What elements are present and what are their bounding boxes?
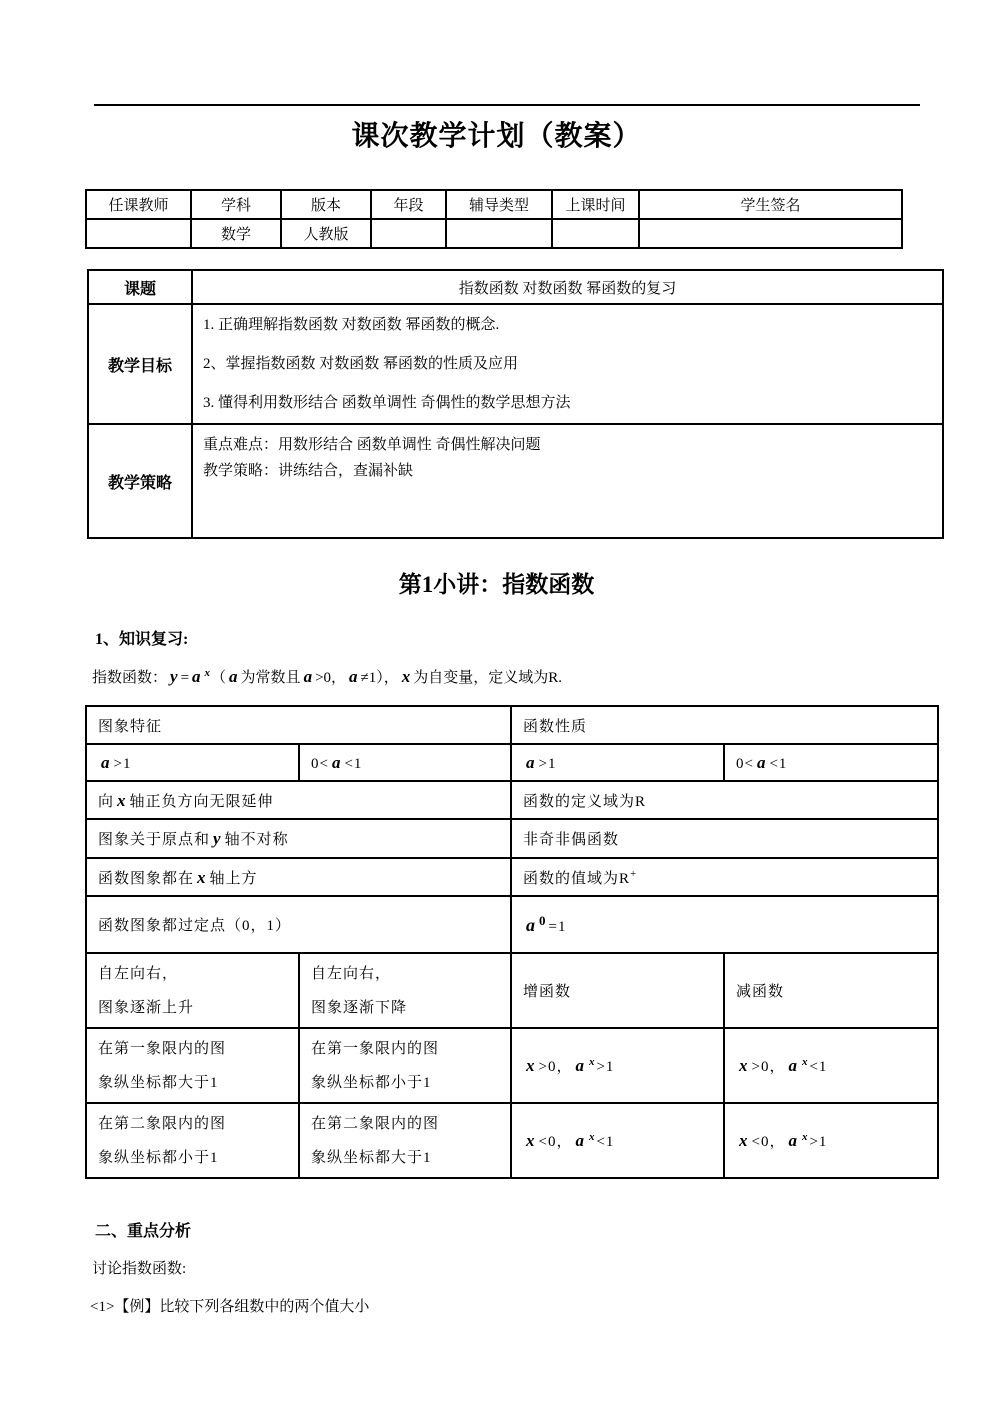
strategy-line: 重点难点：用数形结合 函数单调性 奇偶性解决问题	[193, 425, 942, 458]
topic-row: 课题 指数函数 对数函数 幂函数的复习	[88, 270, 943, 304]
math-x: x	[197, 868, 207, 887]
header-tutoring-type: 辅导类型	[446, 190, 552, 219]
fixed-point-row: 函数图象都过定点（0，1） a0=1	[86, 896, 938, 953]
extension-row: 向x轴正负方向无限延伸 函数的定义域为R	[86, 781, 938, 819]
info-header-row: 任课教师 学科 版本 年段 辅导类型 上课时间 学生签名	[86, 190, 902, 219]
math-exponent-x: x	[802, 1056, 809, 1068]
math-exponent-x: x	[205, 667, 211, 679]
falling-graph-cell: 自左向右， 图象逐渐下降	[299, 953, 511, 1028]
case-a-gt-1-right: a>1	[511, 744, 724, 781]
value-student-signature	[639, 219, 902, 248]
document-title: 课次教学计划（教案）	[0, 114, 993, 154]
case-0-lt-a-lt-1-left: 0<a<1	[299, 744, 511, 781]
strategy-label: 教学策略	[88, 424, 192, 538]
math-a: a	[101, 753, 111, 772]
neq-one-condition: ≠1），	[361, 670, 399, 686]
q2-gt-1-cell: 在第二象限内的图 象纵坐标都大于1	[299, 1103, 511, 1178]
function-properties-header: 函数性质	[511, 706, 938, 744]
value-class-time	[552, 219, 639, 248]
header-edition: 版本	[281, 190, 371, 219]
header-student-signature: 学生签名	[639, 190, 902, 219]
value-edition: 人教版	[281, 219, 371, 248]
monotonicity-row: 自左向右， 图象逐渐上升 自左向右， 图象逐渐下降 增函数 减函数	[86, 953, 938, 1028]
first-quadrant-row: 在第一象限内的图 象纵坐标都大于1 在第一象限内的图 象纵坐标都小于1 x>0，…	[86, 1028, 938, 1103]
x-gt-0-ax-gt-1-cell: x>0，ax>1	[511, 1028, 724, 1103]
math-exponent-x: x	[589, 1131, 596, 1143]
math-x: x	[526, 1056, 536, 1075]
review-heading: 1、知识复习:	[95, 626, 188, 649]
math-x: x	[117, 791, 127, 810]
document-page: 课次教学计划（教案） 任课教师 学科 版本 年段 辅导类型 上课时间 学生签名 …	[0, 0, 993, 1404]
graph-features-header: 图象特征	[86, 706, 511, 744]
equals-sign: =	[181, 670, 189, 686]
math-exponent-x: x	[589, 1056, 596, 1068]
rising-graph-cell: 自左向右， 图象逐渐上升	[86, 953, 299, 1028]
topic-label: 课题	[88, 270, 192, 304]
discuss-line: 讨论指数函数:	[92, 1257, 186, 1278]
plus-superscript: +	[630, 868, 637, 880]
parity-cell: 非奇非偶函数	[511, 819, 938, 858]
value-tutoring-type	[446, 219, 552, 248]
lecture-title: 第1小讲：指数函数	[0, 566, 993, 599]
q1-lt-1-cell: 在第一象限内的图 象纵坐标都小于1	[299, 1028, 511, 1103]
math-a: a	[575, 1056, 585, 1075]
definition-tail: 为自变量，定义域为R.	[413, 670, 562, 686]
constant-condition: 为常数且	[241, 670, 301, 686]
value-teacher	[86, 219, 191, 248]
lesson-plan-table: 课题 指数函数 对数函数 幂函数的复习 教学目标 1. 正确理解指数函数 对数函…	[87, 269, 944, 539]
header-class-time: 上课时间	[552, 190, 639, 219]
strategy-row: 教学策略 重点难点：用数形结合 函数单调性 奇偶性解决问题 教学策略：讲练结合，…	[88, 424, 943, 538]
gt-zero-condition: >0，	[315, 670, 346, 686]
open-paren: （	[211, 670, 226, 686]
math-y: y	[213, 829, 222, 848]
math-exponent-x: x	[802, 1131, 809, 1143]
math-a: a	[304, 667, 313, 686]
header-teacher: 任课教师	[86, 190, 191, 219]
value-subject: 数学	[191, 219, 281, 248]
case-a-gt-1-left: a>1	[86, 744, 299, 781]
math-y: y	[170, 667, 178, 686]
example-line: <1>【例】比较下列各组数中的两个值大小	[90, 1295, 369, 1316]
analysis-heading: 二、重点分析	[95, 1218, 191, 1241]
exponential-function-definition: 指数函数：y=ax（a为常数且a>0，a≠1），x为自变量，定义域为R.	[92, 666, 562, 687]
zero-superscript: 0	[539, 913, 547, 928]
math-a: a	[575, 1131, 585, 1150]
x-axis-extension: 向x轴正负方向无限延伸	[86, 781, 511, 819]
case-0-lt-a-lt-1-right: 0<a<1	[724, 744, 938, 781]
x-lt-0-ax-lt-1-cell: x<0，ax<1	[511, 1103, 724, 1178]
strategy-line: 教学策略：讲练结合，查漏补缺	[193, 458, 942, 484]
math-x: x	[739, 1056, 749, 1075]
strategy-content: 重点难点：用数形结合 函数单调性 奇偶性解决问题 教学策略：讲练结合，查漏补缺	[192, 424, 943, 538]
math-a: a	[788, 1056, 798, 1075]
header-grade: 年段	[371, 190, 446, 219]
range-cell: 函数的值域为R+	[511, 858, 938, 896]
math-a: a	[349, 667, 358, 686]
case-row: a>1 0<a<1 a>1 0<a<1	[86, 744, 938, 781]
domain-cell: 函数的定义域为R	[511, 781, 938, 819]
goal-item: 2、掌握指数函数 对数函数 幂函数的性质及应用	[193, 345, 942, 384]
header-rule	[94, 104, 920, 106]
math-a: a	[192, 667, 201, 686]
math-a: a	[229, 667, 238, 686]
decreasing-function-cell: 减函数	[724, 953, 938, 1028]
q1-gt-1-cell: 在第一象限内的图 象纵坐标都大于1	[86, 1028, 299, 1103]
fixed-point-cell: 函数图象都过定点（0，1）	[86, 896, 511, 953]
goals-content: 1. 正确理解指数函数 对数函数 幂函数的概念. 2、掌握指数函数 对数函数 幂…	[192, 304, 943, 424]
info-value-row: 数学 人教版	[86, 219, 902, 248]
goals-label: 教学目标	[88, 304, 192, 424]
teacher-info-table: 任课教师 学科 版本 年段 辅导类型 上课时间 学生签名 数学 人教版	[85, 189, 903, 249]
above-x-axis-cell: 函数图象都在x轴上方	[86, 858, 511, 896]
math-x: x	[402, 667, 411, 686]
table-header-row: 图象特征 函数性质	[86, 706, 938, 744]
value-grade	[371, 219, 446, 248]
a-power-zero-cell: a0=1	[511, 896, 938, 953]
exponential-properties-table: 图象特征 函数性质 a>1 0<a<1 a>1 0<a<1 向x轴正负方向无限延…	[85, 705, 939, 1179]
increasing-function-cell: 增函数	[511, 953, 724, 1028]
q2-lt-1-cell: 在第二象限内的图 象纵坐标都小于1	[86, 1103, 299, 1178]
math-x: x	[739, 1131, 749, 1150]
math-x: x	[526, 1131, 536, 1150]
math-a: a	[332, 753, 342, 772]
definition-intro: 指数函数：	[92, 670, 167, 686]
topic-value: 指数函数 对数函数 幂函数的复习	[192, 270, 943, 304]
second-quadrant-row: 在第二象限内的图 象纵坐标都小于1 在第二象限内的图 象纵坐标都大于1 x<0，…	[86, 1103, 938, 1178]
x-gt-0-ax-lt-1-cell: x>0，ax<1	[724, 1028, 938, 1103]
math-a: a	[526, 915, 536, 935]
math-a: a	[526, 753, 536, 772]
goal-item: 1. 正确理解指数函数 对数函数 幂函数的概念.	[193, 306, 942, 345]
x-lt-0-ax-gt-1-cell: x<0，ax>1	[724, 1103, 938, 1178]
math-a: a	[788, 1131, 798, 1150]
header-subject: 学科	[191, 190, 281, 219]
symmetry-cell: 图象关于原点和y轴不对称	[86, 819, 511, 858]
symmetry-row: 图象关于原点和y轴不对称 非奇非偶函数	[86, 819, 938, 858]
above-axis-row: 函数图象都在x轴上方 函数的值域为R+	[86, 858, 938, 896]
math-a: a	[757, 753, 767, 772]
goal-item: 3. 懂得利用数形结合 函数单调性 奇偶性的数学思想方法	[193, 384, 942, 423]
goals-row: 教学目标 1. 正确理解指数函数 对数函数 幂函数的概念. 2、掌握指数函数 对…	[88, 304, 943, 424]
